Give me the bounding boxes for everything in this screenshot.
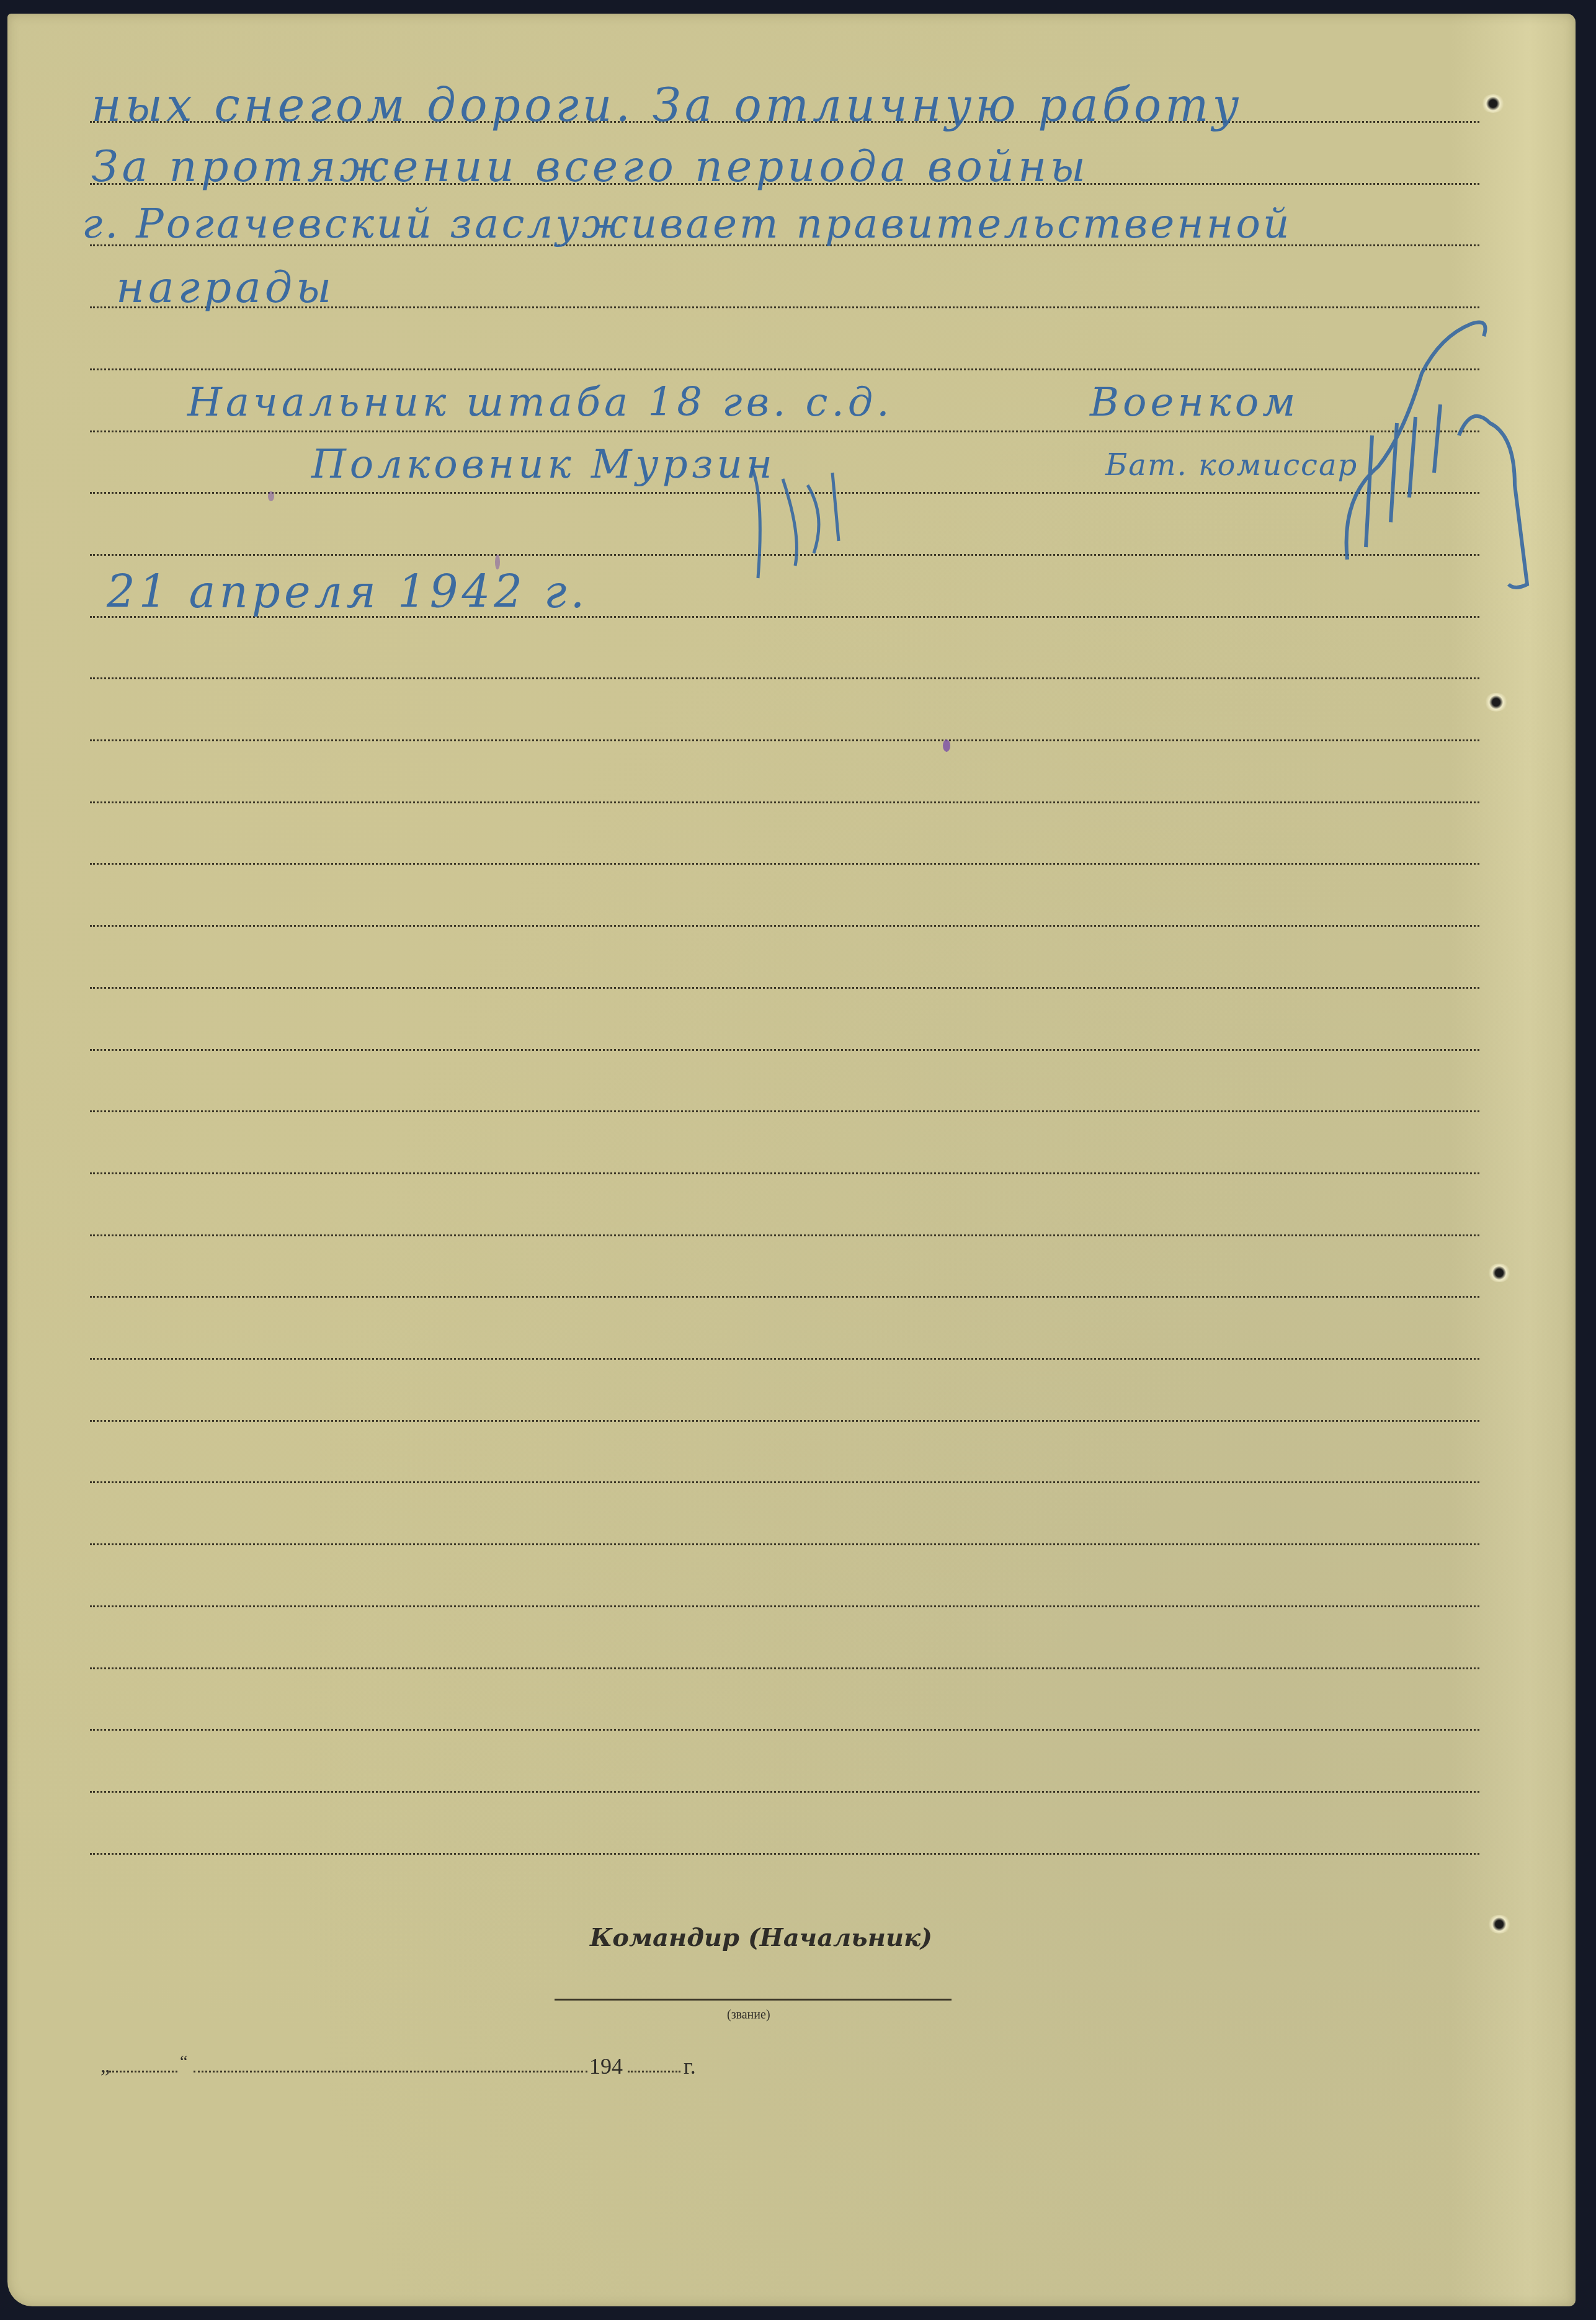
ruled-line [90, 987, 1479, 989]
punch-hole [1484, 693, 1509, 712]
handwritten-line-4: награды [116, 262, 335, 313]
ruled-line [90, 1543, 1479, 1545]
year-blank [628, 2071, 680, 2072]
colonel-name: Полковник Мурзин [311, 442, 776, 488]
chief-of-staff-title: Начальник штаба 18 гв. с.д. [187, 380, 893, 426]
year-prefix: 194 [589, 2053, 623, 2079]
year-suffix: г. [684, 2053, 696, 2079]
ruled-line [90, 1172, 1479, 1174]
ruled-line [90, 1791, 1479, 1793]
month-blank [194, 2071, 587, 2072]
rank-line [555, 1999, 952, 2001]
ruled-line [90, 739, 1479, 741]
document-page: ных снегом дороги. За отличную работу За… [7, 14, 1576, 2306]
ruled-line [90, 1110, 1479, 1112]
ruled-line [90, 368, 1479, 370]
ruled-line [90, 863, 1479, 865]
ruled-line [90, 1420, 1479, 1422]
commissar-title: Военком [1090, 380, 1299, 426]
ink-stain [943, 739, 950, 752]
ruled-line [90, 801, 1479, 803]
ruled-line [90, 1481, 1479, 1483]
handwritten-line-1: ных снегом дороги. За отличную работу [91, 79, 1242, 132]
ruled-line [90, 1605, 1479, 1607]
ruled-line [90, 1234, 1479, 1236]
handwritten-line-2: За протяжении всего периода войны [91, 141, 1089, 192]
date-line: „ “ 194 г. [100, 2055, 739, 2079]
ink-stain [268, 491, 274, 501]
punch-hole [1487, 1264, 1512, 1282]
rank-caption: (звание) [727, 2008, 770, 2022]
handwritten-date: 21 апреля 1942 г. [107, 566, 588, 618]
battalion-commissar: Бат. комиссар [1105, 448, 1358, 483]
ruled-line [90, 431, 1479, 432]
ruled-line [90, 925, 1479, 927]
open-quote: „ [100, 2055, 110, 2078]
signature-commissar [1329, 311, 1577, 597]
ruled-line [90, 1853, 1479, 1855]
ink-stain [495, 555, 500, 569]
punch-hole [1481, 94, 1505, 113]
ruled-line [90, 1049, 1479, 1051]
ruled-line [90, 1729, 1479, 1731]
ruled-line [90, 1296, 1479, 1298]
ruled-line [90, 1667, 1479, 1669]
commander-title: Командир (Начальник) [569, 1923, 953, 1952]
signature-colonel [739, 460, 1050, 584]
ruled-line [90, 677, 1479, 679]
day-blank [109, 2071, 177, 2072]
handwritten-line-3: г. Рогачевский заслуживает правительстве… [82, 200, 1291, 248]
close-quote: “ [180, 2052, 187, 2072]
ruled-line [90, 1358, 1479, 1360]
punch-hole [1487, 1915, 1512, 1934]
